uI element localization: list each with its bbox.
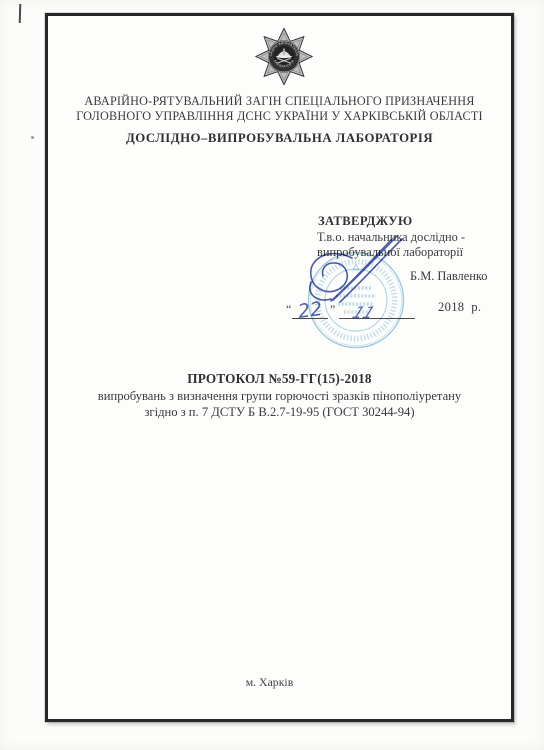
laboratory-title: ДОСЛІДНО–ВИПРОБУВАЛЬНА ЛАБОРАТОРІЯ [45, 131, 514, 146]
handwritten-month: 11 [347, 304, 379, 322]
scan-artifact-tick [19, 4, 21, 23]
scanned-document-page: ДОСЛІДНО-ВИПРОБУВАЛЬНА ЛАБОРАТОРІЯ АВАРІ… [0, 0, 544, 750]
protocol-subtitle-line2: згідно з п. 7 ДСТУ Б В.2.7-19-95 (ГОСТ 3… [45, 405, 514, 420]
handwritten-day: 22 [297, 298, 324, 323]
approve-heading: ЗАТВЕРДЖУЮ [318, 214, 413, 229]
date-year: 2018 р. [438, 300, 481, 315]
handwritten-signature: 22 11 [288, 228, 438, 328]
scan-artifact-dot [31, 136, 34, 139]
protocol-subtitle-line1: випробувань з визначення групи горючості… [45, 389, 514, 404]
org-name-line2: ГОЛОВНОГО УПРАВЛІННЯ ДСНС УКРАЇНИ У ХАРК… [45, 109, 514, 124]
fire-service-laboratory-badge-icon: ДОСЛІДНО-ВИПРОБУВАЛЬНА ЛАБОРАТОРІЯ [254, 25, 314, 88]
protocol-title: ПРОТОКОЛ №59-ГГ(15)-2018 [45, 371, 514, 387]
footer-city: м. Харків [35, 675, 504, 690]
org-name-line1: АВАРІЙНО-РЯТУВАЛЬНИЙ ЗАГІН СПЕЦІАЛЬНОГО … [45, 94, 514, 109]
